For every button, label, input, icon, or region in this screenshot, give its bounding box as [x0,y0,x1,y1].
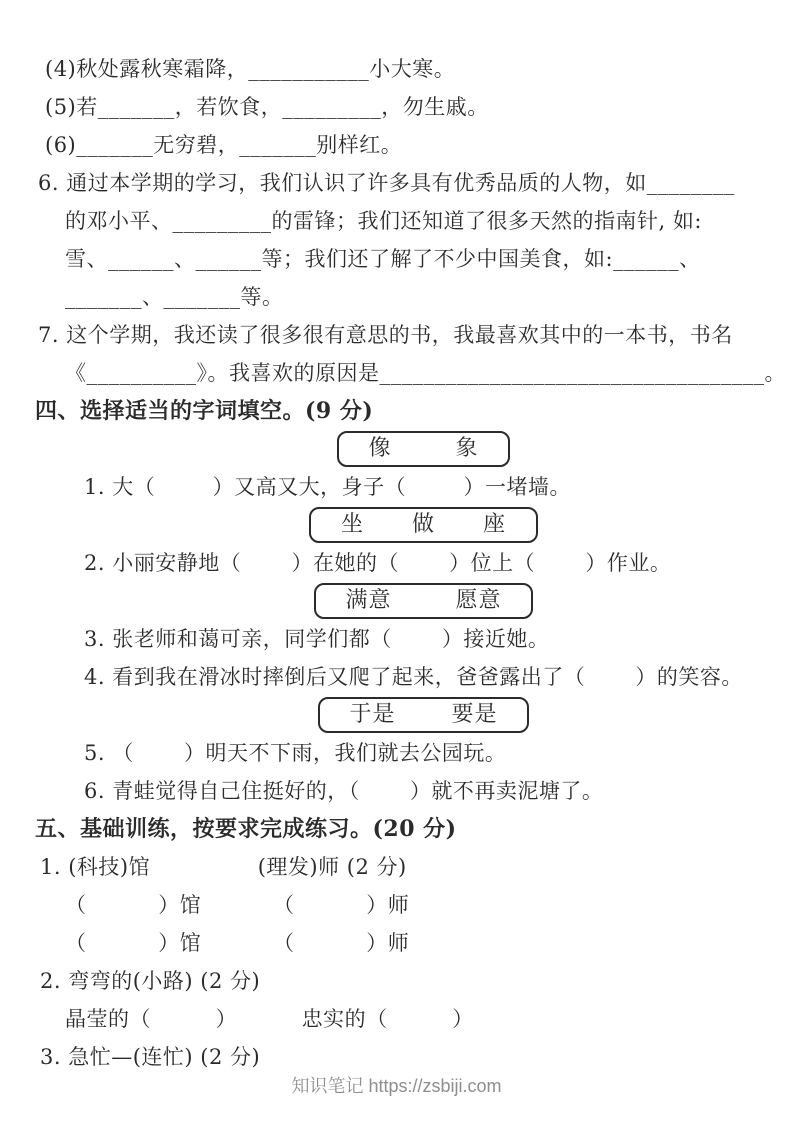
question-7-line-2: 《__________》。我喜欢的原因是____________________… [0,354,793,392]
section-4-item-6: 6. 青蛙觉得自己住挺好的，（ ）就不再卖泥塘了。 [0,772,793,810]
word-bank-manyi-yuanyi: 满意 愿意 [314,583,534,619]
worksheet-page: (4)秋处露秋寒霜降，___________小大寒。 (5)若_______，若… [0,0,793,1076]
question-6-line-1: 6. 通过本学期的学习，我们认识了许多具有优秀品质的人物，如________ [0,164,793,202]
section-5-item-1: 1. (科技)馆 (理发)师 (2 分) [0,848,793,886]
fill-blank-line-6: (6)_______无穷碧，_______别样红。 [0,126,793,164]
section-5-item-1-row-2: （ ）馆 （ ）师 [0,924,793,962]
section-4-item-4: 4. 看到我在滑冰时摔倒后又爬了起来，爸爸露出了（ ）的笑容。 [0,658,793,696]
section-4-item-1: 1. 大（ ）又高又大，身子（ ）一堵墙。 [0,468,793,506]
word-bank-yushi-yaoshi: 于是 要是 [318,697,530,733]
section-5-item-3: 3. 急忙—(连忙) (2 分) [0,1038,793,1076]
section-4-item-3: 3. 张老师和蔼可亲，同学们都（ ）接近她。 [0,620,793,658]
section-5-item-1-row-1: （ ）馆 （ ）师 [0,886,793,924]
section-5-item-2-row-1: 晶莹的（ ） 忠实的（ ） [0,1000,793,1038]
fill-blank-line-4: (4)秋处露秋寒霜降，___________小大寒。 [0,50,793,88]
fill-blank-line-5: (5)若_______，若饮食，_________，勿生戚。 [0,88,793,126]
section-4-heading: 四、选择适当的字词填空。(9 分) [0,392,793,430]
section-4-item-2: 2. 小丽安静地（ ）在她的（ ）位上（ ）作业。 [0,544,793,582]
word-bank-xiang-xiang: 像 象 [337,431,511,467]
section-4-item-5: 5. （ ）明天不下雨，我们就去公园玩。 [0,734,793,772]
section-5-heading: 五、基础训练，按要求完成练习。(20 分) [0,810,793,848]
site-watermark: 知识笔记 https://zsbiji.com [0,1072,793,1098]
question-7-line-1: 7. 这个学期，我还读了很多很有意思的书，我最喜欢其中的一本书，书名 [0,316,793,354]
word-bank-zuo-zuo-zuo: 坐 做 座 [309,507,538,543]
question-6-line-3: 雪、______、______等；我们还了解了不少中国美食，如:______、 [0,240,793,278]
section-5-item-2: 2. 弯弯的(小路) (2 分) [0,962,793,1000]
question-6-line-4: _______、_______等。 [0,278,793,316]
question-6-line-2: 的邓小平、_________的雷锋；我们还知道了很多天然的指南针, 如: [0,202,793,240]
